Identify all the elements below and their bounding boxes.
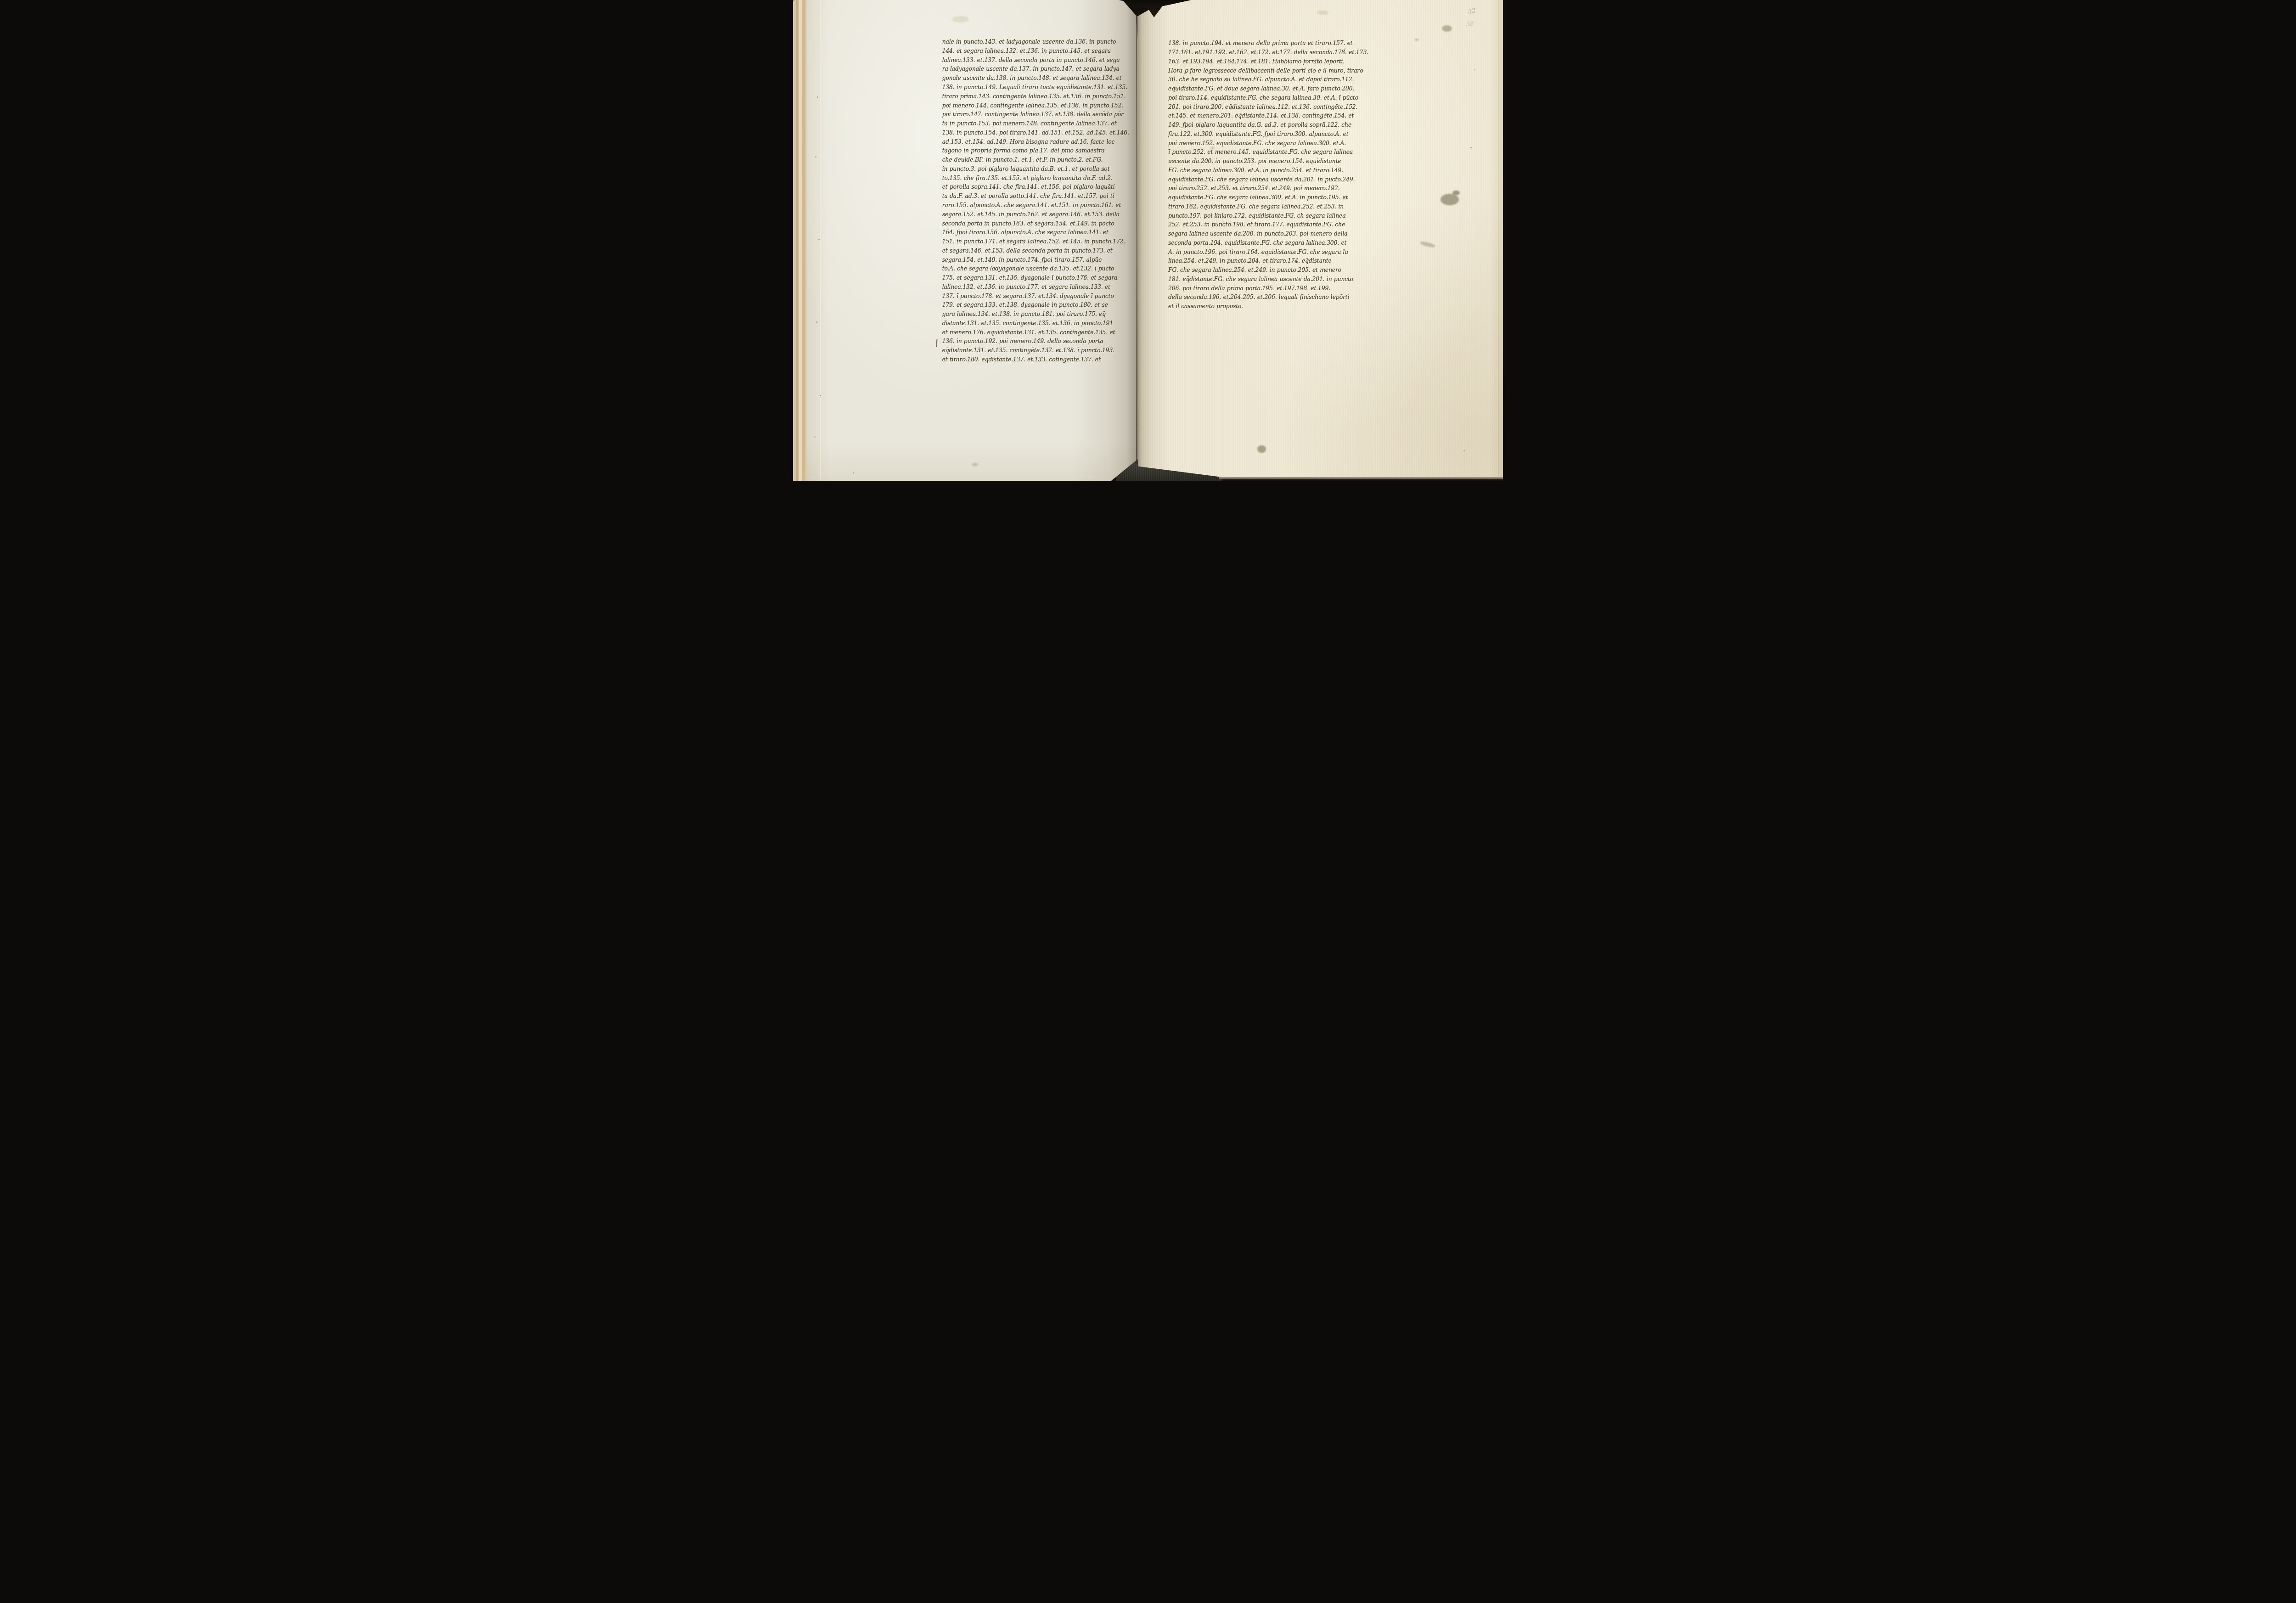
- manuscript-line: 138. in puncto.154. poi tiraro.141. ad.1…: [942, 129, 1153, 138]
- manuscript-line: che deuide.BF. in puncto.1. et.1. et.F. …: [942, 156, 1153, 165]
- manuscript-line: ta da.F. ad.3. et porolla sotto.141. che…: [942, 192, 1153, 201]
- manuscript-line: 30. che he segnato su lalinea.FG. alpunc…: [1168, 75, 1383, 84]
- manuscript-line: fira.122. et.300. equidistante.FG. ƒpoi …: [1168, 130, 1383, 139]
- manuscript-line: equidistante.FG. che segara lalinea usce…: [1168, 175, 1383, 185]
- bottom-page-edges: [1219, 477, 1503, 479]
- manuscript-line: to.135. che fira.135. et.155. et piglaro…: [942, 174, 1153, 183]
- manuscript-line: 164. ƒpoi tiraro.156. alpuncto.A. che se…: [942, 228, 1153, 237]
- manuscript-line: et segara.146. et.153. della seconda por…: [942, 247, 1153, 256]
- book-spread: nale in puncto.143. et ladyagonale uscen…: [793, 0, 1503, 481]
- manuscript-line: raro.155. alpuncto.A. che segara.141. et…: [942, 201, 1153, 210]
- folio-number-secondary: 38: [1466, 20, 1474, 28]
- manuscript-line: gara lalinea.134. et.138. in puncto.181.…: [942, 310, 1153, 319]
- left-page-crease: [820, 0, 821, 481]
- manuscript-line: 137. ī puncto.178. et segara.137. et.134…: [942, 292, 1153, 301]
- margin-rule-line: [1498, 0, 1498, 476]
- manuscript-line: 206. poi tiraro della prima porta.195. e…: [1168, 284, 1383, 293]
- margin-pen-stroke: [936, 339, 937, 347]
- manuscript-line: poi menero.144. contingente lalinea.135.…: [942, 101, 1153, 111]
- fox-spot: [1415, 39, 1418, 41]
- manuscript-line: ī puncto.252. et menero.145. equidistant…: [1168, 148, 1383, 157]
- manuscript-line: eq̄distante.131. et.135. contingēte.137.…: [942, 346, 1153, 355]
- manuscript-line: ad.153. et.154. ad.149. Hora bisogna rad…: [942, 138, 1153, 147]
- manuscript-line: ra ladyagonale uscente da.137. in puncto…: [942, 65, 1153, 74]
- folio-number: 32: [1468, 7, 1476, 15]
- manuscript-line: FG. che segara lalinea.254. et.249. in p…: [1168, 266, 1383, 275]
- manuscript-line: et.145. et menero.201. eq̄distante.114. …: [1168, 112, 1383, 121]
- manuscript-line: 144. et segara lalinea.132. et.136. in p…: [942, 47, 1153, 56]
- manuscript-line: 151. in puncto.171. et segara lalinea.15…: [942, 237, 1153, 247]
- manuscript-line: della seconda.196. et.204.205. et.206. l…: [1168, 293, 1383, 302]
- manuscript-line: A. in puncto.196. poi tiraro.164. equidi…: [1168, 248, 1383, 257]
- manuscript-line: seconda porta in puncto.163. et segara.1…: [942, 219, 1153, 229]
- manuscript-line: in puncto.3. poi piglaro laquantita da.B…: [942, 165, 1153, 174]
- fox-spot: [1441, 194, 1459, 205]
- manuscript-line: segara.154. et.149. in puncto.174. ƒpoi …: [942, 256, 1153, 265]
- manuscript-line: poi menero.152. equidistante.FG. che seg…: [1168, 139, 1383, 148]
- manuscript-line: gonale uscente da.138. in puncto.148. et…: [942, 74, 1153, 83]
- manuscript-line: et il cassamento proposto.: [1168, 302, 1383, 311]
- right-page-text: 138. in puncto.194. et menero della prim…: [1168, 39, 1383, 311]
- manuscript-line: lalinea.133. et.137. della seconda porta…: [942, 56, 1153, 65]
- manuscript-line: 179. et segara.133. et.138. dyagonale in…: [942, 301, 1153, 310]
- manuscript-line: FG. che segara lalinea.300. et.A. in pun…: [1168, 166, 1383, 175]
- manuscript-line: tagono in propria forma como pla.17. del…: [942, 146, 1153, 156]
- manuscript-line: Hora ꝑ fare legrossecce dellibaccenti de…: [1168, 67, 1383, 76]
- manuscript-line: distante.131. et.135. contingente.135. e…: [942, 319, 1153, 328]
- manuscript-line: uscente da.200. in puncto.253. poi mener…: [1168, 157, 1383, 166]
- manuscript-line: et menero.176. equidistante.131. et.135.…: [942, 328, 1153, 337]
- fox-spot: [1452, 191, 1459, 195]
- manuscript-line: poi tiraro.252. et.253. et tiraro.254. e…: [1168, 184, 1383, 193]
- fox-spot: [1257, 445, 1266, 453]
- manuscript-line: 163. et.193.194. et.164.174. et.181. Hab…: [1168, 57, 1383, 67]
- manuscript-line: 181. eq̄distante.FG. che segara lalinea …: [1168, 275, 1383, 284]
- manuscript-line: equidistante.FG. et doue segara lalinea.…: [1168, 84, 1383, 94]
- manuscript-line: equidistante.FG. che segara lalinea.300.…: [1168, 193, 1383, 202]
- manuscript-line: to.A. che segara ladyagonale uscente da.…: [942, 264, 1153, 274]
- manuscript-line: poi tiraro.114. equidistante.FG. che seg…: [1168, 94, 1383, 103]
- manuscript-line: nale in puncto.143. et ladyagonale uscen…: [942, 38, 1153, 47]
- manuscript-line: linea.254. et.249. in puncto.204. et tir…: [1168, 257, 1383, 266]
- manuscript-line: 138. in puncto.194. et menero della prim…: [1168, 39, 1383, 48]
- manuscript-line: 252. et.253. in puncto.198. et tiraro.17…: [1168, 220, 1383, 230]
- manuscript-line: lalinea.132. et.136. in puncto.177. et s…: [942, 283, 1153, 292]
- fox-spot: [972, 463, 979, 466]
- fox-spot: [1442, 25, 1452, 32]
- manuscript-line: 149. ƒpoi piglaro laquantita da.G. ad.3.…: [1168, 121, 1383, 130]
- manuscript-line: puncto.197. poi liniaro.172. equidistant…: [1168, 212, 1383, 221]
- manuscript-line: tiraro.162. equidistante.FG. che segara …: [1168, 202, 1383, 212]
- manuscript-line: 138. in puncto.149. Lequali tiraro tucte…: [942, 83, 1153, 92]
- manuscript-line: segara.152. et.145. in puncto.162. et se…: [942, 210, 1153, 219]
- manuscript-line: 175. et segara.131. et.136. dyagonale ī …: [942, 274, 1153, 283]
- manuscript-line: 136. in puncto.192. poi menero.149. dell…: [942, 337, 1153, 346]
- manuscript-line: et tiraro.180. eq̄distante.137. et.133. …: [942, 355, 1153, 365]
- manuscript-line: 201. poi tiraro.200. eq̄distante lalinea…: [1168, 103, 1383, 112]
- manuscript-line: poi tiraro.147. contingente lalinea.137.…: [942, 110, 1153, 119]
- manuscript-line: tiraro prima.143. contingente lalinea.13…: [942, 92, 1153, 101]
- manuscript-line: 171.161. et.191.192. et.162. et.172. et.…: [1168, 48, 1383, 57]
- manuscript-line: et porolla sopra.141. che fira.141. et.1…: [942, 183, 1153, 192]
- page-edge-stack: [793, 0, 807, 481]
- manuscript-line: ta in puncto.153. poi menero.148. contin…: [942, 119, 1153, 129]
- manuscript-line: seconda porta.194. equidistante.FG. che …: [1168, 239, 1383, 248]
- ink-specks: [793, 0, 794, 1]
- manuscript-line: segara lalinea uscente da.200. in puncto…: [1168, 230, 1383, 239]
- left-page-text: nale in puncto.143. et ladyagonale uscen…: [942, 38, 1153, 365]
